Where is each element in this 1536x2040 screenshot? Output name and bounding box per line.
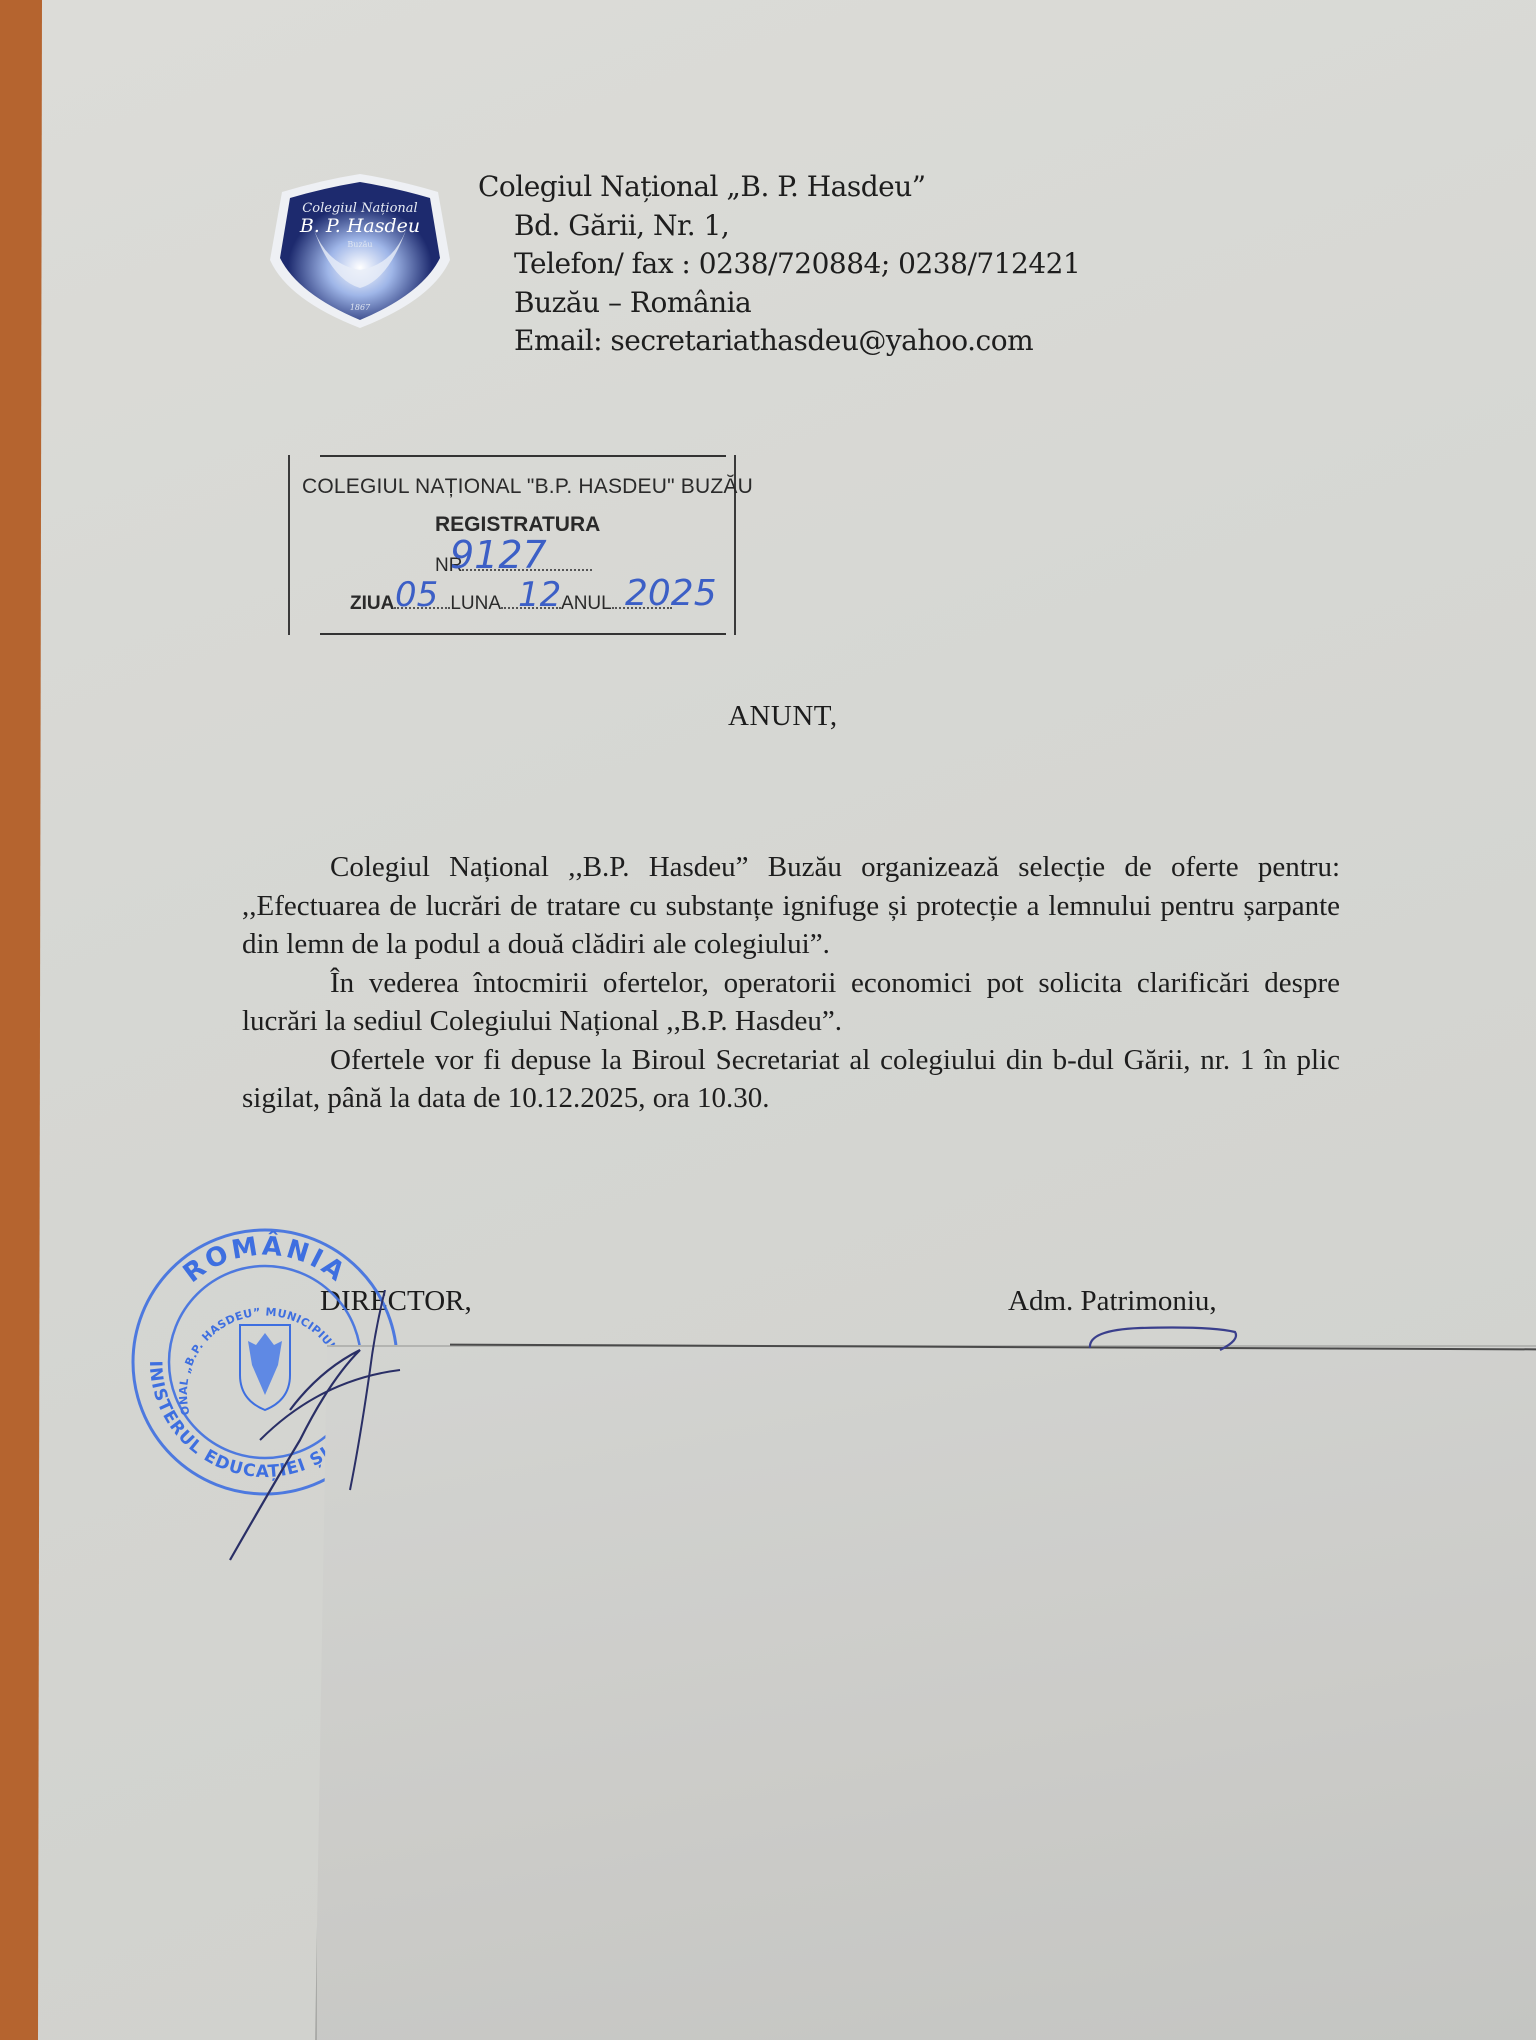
- letterhead: Colegiul Național „B. P. Hasdeu” Bd. Găr…: [478, 168, 1080, 361]
- year-label: ANUL: [561, 593, 612, 614]
- address: Bd. Gării, Nr. 1,: [514, 207, 1080, 246]
- email: Email: secretariathasdeu@yahoo.com: [514, 322, 1080, 361]
- school-crest-logo: Colegiul Național B. P. Hasdeu Buzău 186…: [262, 170, 458, 330]
- registry-number-value: 9127: [450, 533, 547, 577]
- city-country: Buzău – România: [514, 284, 1080, 323]
- svg-text:Colegiul Național: Colegiul Național: [302, 201, 417, 216]
- svg-text:ROMÂNIA: ROMÂNIA: [178, 1230, 352, 1289]
- registry-day-value: 05: [395, 575, 438, 615]
- day-label: ZIUA: [350, 593, 394, 614]
- svg-text:1867: 1867: [350, 303, 371, 312]
- admin-signature: [1080, 1318, 1250, 1358]
- paragraph-submission: Ofertele vor fi depuse la Biroul Secreta…: [242, 1041, 1340, 1118]
- registry-month-value: 12: [518, 575, 561, 615]
- institution-name: Colegiul Național „B. P. Hasdeu”: [478, 168, 1080, 207]
- registry-stamp-title: COLEGIUL NAȚIONAL "B.P. HASDEU" BUZĂU: [302, 475, 753, 499]
- paragraph-offer-selection: Colegiul Național ,,B.P. Hasdeu” Buzău o…: [242, 848, 1340, 964]
- admin-patrimony-label: Adm. Patrimoniu,: [1008, 1285, 1217, 1318]
- document-title: ANUNT,: [728, 700, 838, 733]
- month-label: LUNA: [450, 593, 501, 614]
- svg-text:Buzău: Buzău: [347, 240, 372, 249]
- registry-year-value: 2025: [625, 573, 717, 614]
- registry-stamp: COLEGIUL NAȚIONAL "B.P. HASDEU" BUZĂU RE…: [288, 455, 736, 635]
- document-body: Colegiul Național ,,B.P. Hasdeu” Buzău o…: [242, 848, 1340, 1118]
- director-signature: [200, 1290, 520, 1570]
- paragraph-clarifications: În vederea întocmirii ofertelor, operato…: [242, 964, 1340, 1041]
- svg-text:B. P. Hasdeu: B. P. Hasdeu: [299, 215, 420, 237]
- phone-fax: Telefon/ fax : 0238/720884; 0238/712421: [514, 245, 1080, 284]
